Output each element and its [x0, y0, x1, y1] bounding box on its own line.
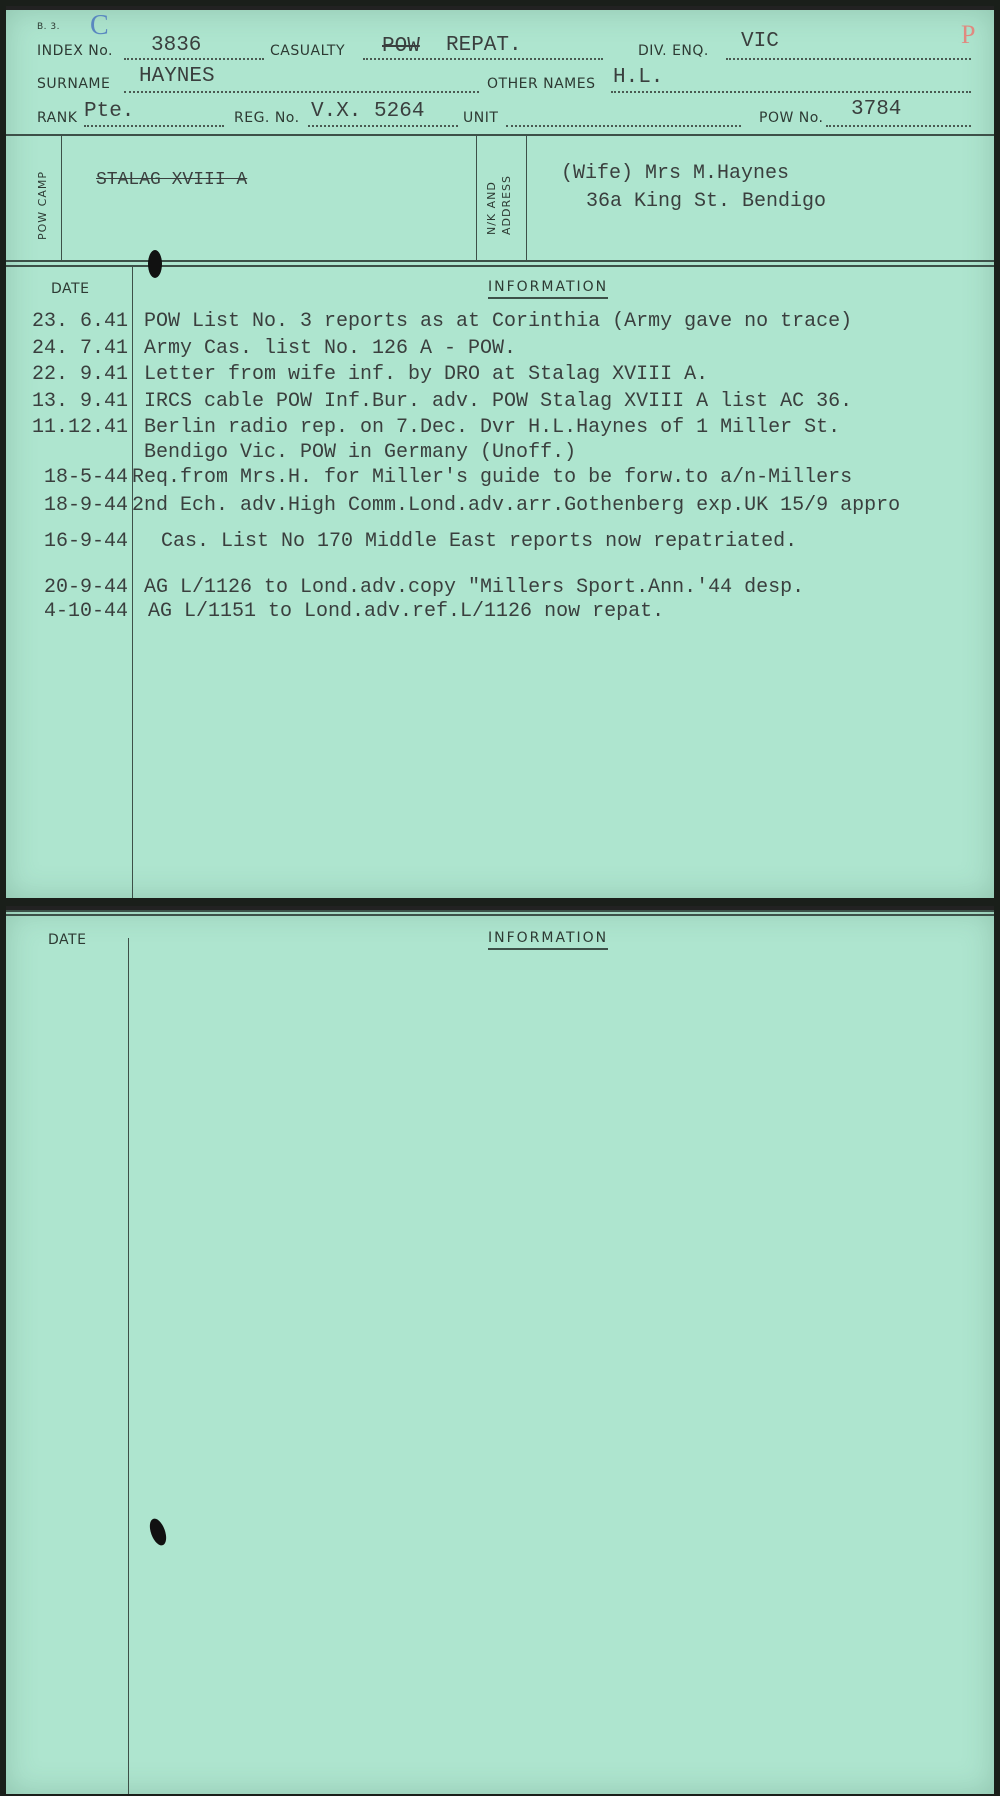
nk-line-2: 36a King St. Bendigo — [586, 190, 826, 213]
rank-label: RANK — [37, 110, 77, 126]
entry-date: 23. 6.41 — [32, 310, 128, 333]
date-column-divider — [132, 267, 133, 898]
entry-information: Cas. List No 170 Middle East reports now… — [161, 530, 797, 553]
nk-address-label-1: N/K AND — [485, 181, 498, 235]
pow-no-label: POW No. — [759, 110, 824, 126]
back-date-column-divider — [128, 938, 129, 1794]
div-enq-value: VIC — [741, 30, 779, 53]
red-annotation: P — [961, 20, 975, 50]
back-information-header: INFORMATION — [488, 930, 608, 950]
pow-camp-divider — [61, 135, 62, 260]
pow-no-dots — [826, 125, 971, 127]
back-punch-hole — [147, 1516, 170, 1547]
entry-information: IRCS cable POW Inf.Bur. adv. POW Stalag … — [144, 390, 852, 413]
entry-date: 22. 9.41 — [32, 363, 128, 386]
div-enq-dots — [726, 58, 971, 60]
entry-information: POW List No. 3 reports as at Corinthia (… — [144, 310, 852, 333]
other-names-label: OTHER NAMES — [487, 76, 595, 92]
entry-date: 18-5-44 — [44, 466, 128, 489]
entry-information: 2nd Ech. adv.High Comm.Lond.adv.arr.Goth… — [132, 494, 900, 517]
entry-information: AG L/1126 to Lond.adv.copy "Millers Spor… — [144, 576, 804, 599]
header-rule — [6, 134, 994, 136]
entry-date: 18-9-44 — [44, 494, 128, 517]
surname-value: HAYNES — [139, 65, 215, 88]
entry-information: AG L/1151 to Lond.adv.ref.L/1126 now rep… — [148, 600, 664, 623]
index-no-value: 3836 — [151, 34, 201, 57]
nk-line-1: (Wife) Mrs M.Haynes — [561, 162, 789, 185]
pow-camp-value: STALAG XVIII A — [96, 170, 247, 190]
unit-dots — [506, 125, 741, 127]
entry-information: Letter from wife inf. by DRO at Stalag X… — [144, 363, 708, 386]
back-top-rule-1 — [6, 910, 994, 912]
index-no-dots — [124, 58, 264, 60]
nk-divider-right — [526, 135, 527, 260]
rank-dots — [84, 125, 224, 127]
back-date-header: DATE — [48, 932, 86, 948]
surname-label: SURNAME — [37, 76, 110, 92]
casualty-dots — [363, 58, 603, 60]
unit-label: UNIT — [463, 110, 498, 126]
nk-divider-left — [476, 135, 477, 260]
information-header: INFORMATION — [488, 279, 608, 299]
entry-information: Army Cas. list No. 126 A - POW. — [144, 337, 516, 360]
other-names-value: H.L. — [613, 66, 663, 89]
nk-address-label-2: ADDRESS — [500, 175, 513, 235]
form-code: B. 3. — [37, 22, 60, 32]
pow-no-value: 3784 — [851, 98, 901, 121]
entry-date: 13. 9.41 — [32, 390, 128, 413]
entry-date: 20-9-44 — [44, 576, 128, 599]
entry-information: Req.from Mrs.H. for Miller's guide to be… — [132, 466, 852, 489]
entry-date: 11.12.41 — [32, 416, 128, 439]
other-names-dots — [611, 91, 971, 93]
record-card-front: B. 3. C P INDEX No. 3836 CASUALTY POW RE… — [6, 6, 994, 898]
entry-date: 16-9-44 — [44, 530, 128, 553]
record-card-back: DATE INFORMATION — [6, 906, 994, 1794]
reg-no-value: V.X. 5264 — [311, 100, 424, 123]
pow-camp-label: POW CAMP — [36, 171, 49, 240]
casualty-struck-value: POW — [382, 35, 420, 58]
surname-dots — [124, 91, 479, 93]
rank-value: Pte. — [84, 100, 134, 123]
blue-annotation: C — [90, 10, 109, 42]
date-header: DATE — [51, 281, 89, 297]
index-no-label: INDEX No. — [37, 43, 113, 59]
reg-no-dots — [308, 125, 458, 127]
div-enq-label: DIV. ENQ. — [638, 43, 709, 59]
casualty-value: REPAT. — [446, 34, 522, 57]
punch-hole — [148, 250, 162, 278]
reg-no-label: REG. No. — [234, 110, 300, 126]
back-top-rule-2 — [6, 914, 994, 916]
entry-information: Bendigo Vic. POW in Germany (Unoff.) — [144, 441, 576, 464]
entry-date: 24. 7.41 — [32, 337, 128, 360]
entry-date: 4-10-44 — [44, 600, 128, 623]
entry-information: Berlin radio rep. on 7.Dec. Dvr H.L.Hayn… — [144, 416, 840, 439]
casualty-label: CASUALTY — [270, 43, 345, 59]
